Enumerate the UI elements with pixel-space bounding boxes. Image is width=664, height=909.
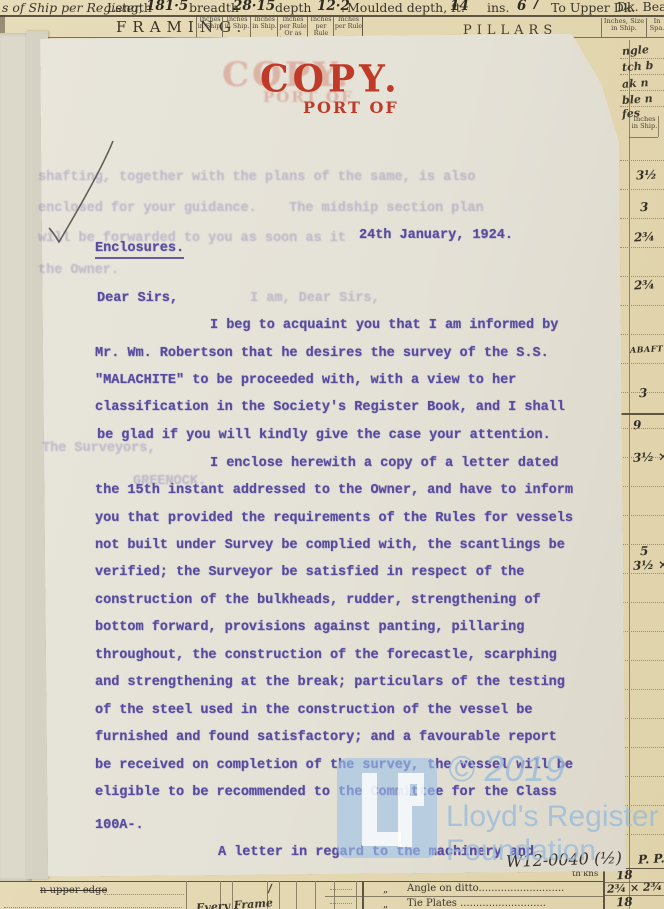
letter-line: construction of the bulkheads, rudder, s… bbox=[95, 593, 541, 608]
letter-line: not built under Survey be complied with,… bbox=[95, 538, 565, 553]
row-dotted-line bbox=[620, 689, 664, 690]
right-column-value: ABAFT bbox=[630, 343, 664, 355]
ghost-line: I am, Dear Sirs, bbox=[250, 291, 380, 306]
size-in-ship-header: Inches, Size in Ship. bbox=[601, 18, 647, 37]
leader-dots bbox=[330, 889, 352, 890]
row-dotted-line bbox=[620, 602, 664, 603]
row-dotted-line bbox=[620, 573, 664, 574]
dk-beams-label: Dk. Beams bbox=[617, 0, 664, 14]
right-column-line bbox=[629, 40, 630, 909]
length-value: 181·5 bbox=[146, 0, 188, 14]
right-column-value: 5 bbox=[640, 544, 649, 558]
right-column-value: P. P. bbox=[638, 851, 664, 866]
right-column-value: 3 bbox=[639, 386, 648, 400]
row-dotted-line bbox=[620, 58, 664, 59]
angle-on-ditto-value: 2¾ × 2¾ × bbox=[607, 879, 664, 896]
row-dotted-line bbox=[620, 392, 664, 393]
moulded-depth-label: Moulded depth, ft. bbox=[347, 0, 465, 15]
right-column-entry: tch b bbox=[622, 59, 654, 74]
row-dotted-line bbox=[620, 718, 664, 719]
right-column-value: 2¾ bbox=[634, 229, 656, 244]
row-dotted-line bbox=[620, 486, 664, 487]
bottom-column-line bbox=[334, 881, 335, 909]
row-dotted-line bbox=[620, 74, 664, 75]
row-dotted-line bbox=[620, 544, 664, 545]
framing-col-header: Inches per Rule bbox=[307, 17, 334, 38]
ins-value: 6 bbox=[517, 0, 526, 14]
row-dotted-line bbox=[620, 189, 664, 190]
letter-line: bottom forward, provisions against panti… bbox=[95, 620, 524, 635]
ditto-mark: „ bbox=[383, 899, 388, 909]
ins-label: ins. bbox=[487, 0, 509, 15]
row-dotted-line bbox=[620, 631, 664, 632]
depth-label: depth bbox=[275, 0, 311, 15]
row-dotted-line bbox=[620, 247, 664, 248]
letter-line: be glad if you will kindly give the case… bbox=[97, 428, 551, 443]
ghost-line: shafting, together with the plans of the… bbox=[38, 170, 475, 185]
row-dotted-line bbox=[620, 457, 664, 458]
framing-col-header: Inches in Ship. bbox=[222, 17, 251, 38]
bottom-row-rule-1 bbox=[0, 881, 603, 882]
bottom-value-column-line bbox=[603, 868, 605, 909]
watermark-copyright: © 2019 bbox=[448, 748, 565, 790]
letter-line: I enclose herewith a copy of a letter da… bbox=[210, 456, 558, 471]
ghost-line: enclosed for your guidance. The midship … bbox=[38, 201, 484, 216]
letter-line: the 15th instant addressed to the Owner,… bbox=[95, 483, 573, 498]
every-frame-value: Every Frame bbox=[196, 896, 274, 909]
bottom-column-line bbox=[356, 881, 357, 909]
right-column-value: 3½ × bbox=[633, 557, 664, 573]
period-mark: . bbox=[341, 0, 345, 15]
port-of-stamp: PORT OF bbox=[303, 98, 399, 117]
letter-line: I beg to acquaint you that I am informed… bbox=[210, 318, 558, 333]
watermark-org-line2: Foundation bbox=[446, 834, 596, 868]
row-dotted-line bbox=[620, 90, 664, 91]
right-column-value: 3 bbox=[640, 200, 649, 214]
spacing-header: In Spa. bbox=[648, 18, 664, 32]
right-column-value: 3½ bbox=[636, 167, 658, 182]
leader-dots bbox=[4, 907, 182, 908]
right-column-entry: ngle bbox=[622, 43, 650, 58]
angle-on-ditto-label: Angle on ditto..........................… bbox=[407, 883, 601, 894]
bottom-column-line bbox=[315, 881, 316, 909]
moulded-ft-value: 14 bbox=[450, 0, 469, 14]
row-dotted-line bbox=[620, 160, 664, 161]
letter-line: Dear Sirs, bbox=[97, 291, 178, 306]
row-dotted-line bbox=[620, 660, 664, 661]
ghost-line: The Surveyors, bbox=[42, 441, 155, 456]
tie-plates-value: 18 bbox=[616, 895, 633, 909]
right-section-rule bbox=[618, 413, 664, 415]
letter-line: Mr. Wm. Robertson that he desires the su… bbox=[95, 346, 549, 361]
ditto-mark: „ bbox=[383, 884, 388, 895]
right-column-value: 9 bbox=[633, 418, 642, 432]
letter-line: 100A-. bbox=[95, 818, 144, 833]
letter-line: throughout, the construction of the fore… bbox=[95, 648, 557, 663]
framing-col-header: Inches in Ship. bbox=[250, 17, 278, 38]
letter-line: and strengthening at the break; particul… bbox=[95, 675, 565, 690]
letter-line: you that provided the requirements of th… bbox=[95, 511, 573, 526]
right-column-entry: ak n bbox=[622, 76, 649, 91]
row-dotted-line bbox=[620, 363, 664, 364]
row-dotted-line bbox=[620, 776, 664, 777]
slash-tick: / bbox=[268, 882, 273, 895]
tie-plates-label: Tie Plates ........................... bbox=[407, 898, 601, 909]
framing-col-header: Inches in Ship. bbox=[196, 17, 223, 38]
framing-col-border bbox=[362, 17, 363, 38]
letter-date: 24th January, 1924. bbox=[359, 228, 513, 243]
letter-line: classification in the Society's Register… bbox=[95, 400, 565, 415]
row-dotted-line bbox=[620, 834, 664, 835]
row-dotted-line bbox=[620, 106, 664, 107]
breadth-label: breadth bbox=[189, 0, 239, 15]
right-column-entry: fes bbox=[622, 106, 641, 120]
inner-header-rule bbox=[629, 137, 658, 138]
upper-edge-label: n upper edge bbox=[40, 885, 107, 896]
bottom-column-line bbox=[186, 881, 187, 909]
row-dotted-line bbox=[620, 515, 664, 516]
letter-line: furnished and found satisfactory; and a … bbox=[95, 730, 557, 745]
framing-col-header: Inches per Rule Or as Approved bbox=[277, 17, 308, 38]
bottom-column-line-heavy bbox=[362, 881, 364, 909]
bottom-column-line bbox=[279, 881, 280, 909]
scanned-document-page: s of Ship per Register, Length 181·5 bre… bbox=[0, 0, 664, 909]
row-dotted-line bbox=[620, 334, 664, 335]
ghost-line: the Owner. bbox=[38, 263, 119, 278]
right-column-entry: ble n bbox=[622, 92, 654, 107]
lr-logo bbox=[336, 757, 438, 859]
watermark-org-line1: Lloyd's Register bbox=[446, 800, 659, 834]
breadth-value: 28·15 bbox=[233, 0, 275, 14]
row-dotted-line bbox=[620, 218, 664, 219]
copy-stamp: COPY. bbox=[260, 57, 401, 101]
row-dotted-line bbox=[620, 276, 664, 277]
bottom-column-line bbox=[296, 881, 297, 909]
letter-line: "MALACHITE" to be proceeded with, with a… bbox=[95, 373, 516, 388]
letter-line: verified; the Surveyor be satisfied in r… bbox=[95, 565, 524, 580]
row-dotted-line bbox=[620, 747, 664, 748]
tick-mark: / bbox=[534, 0, 539, 12]
right-column-value: 2¾ bbox=[634, 277, 656, 292]
row-dotted-line bbox=[620, 305, 664, 306]
leader-dots bbox=[104, 894, 184, 895]
framing-col-header: Inches per Rule bbox=[333, 17, 363, 38]
bottom-row-rule-2 bbox=[325, 896, 603, 897]
leader-dots bbox=[330, 903, 352, 904]
ghost-line: will be forwarded to you as soon as it bbox=[38, 231, 346, 246]
letter-line: of the steel used in the construction of… bbox=[95, 703, 532, 718]
row-dotted-line bbox=[620, 428, 664, 429]
